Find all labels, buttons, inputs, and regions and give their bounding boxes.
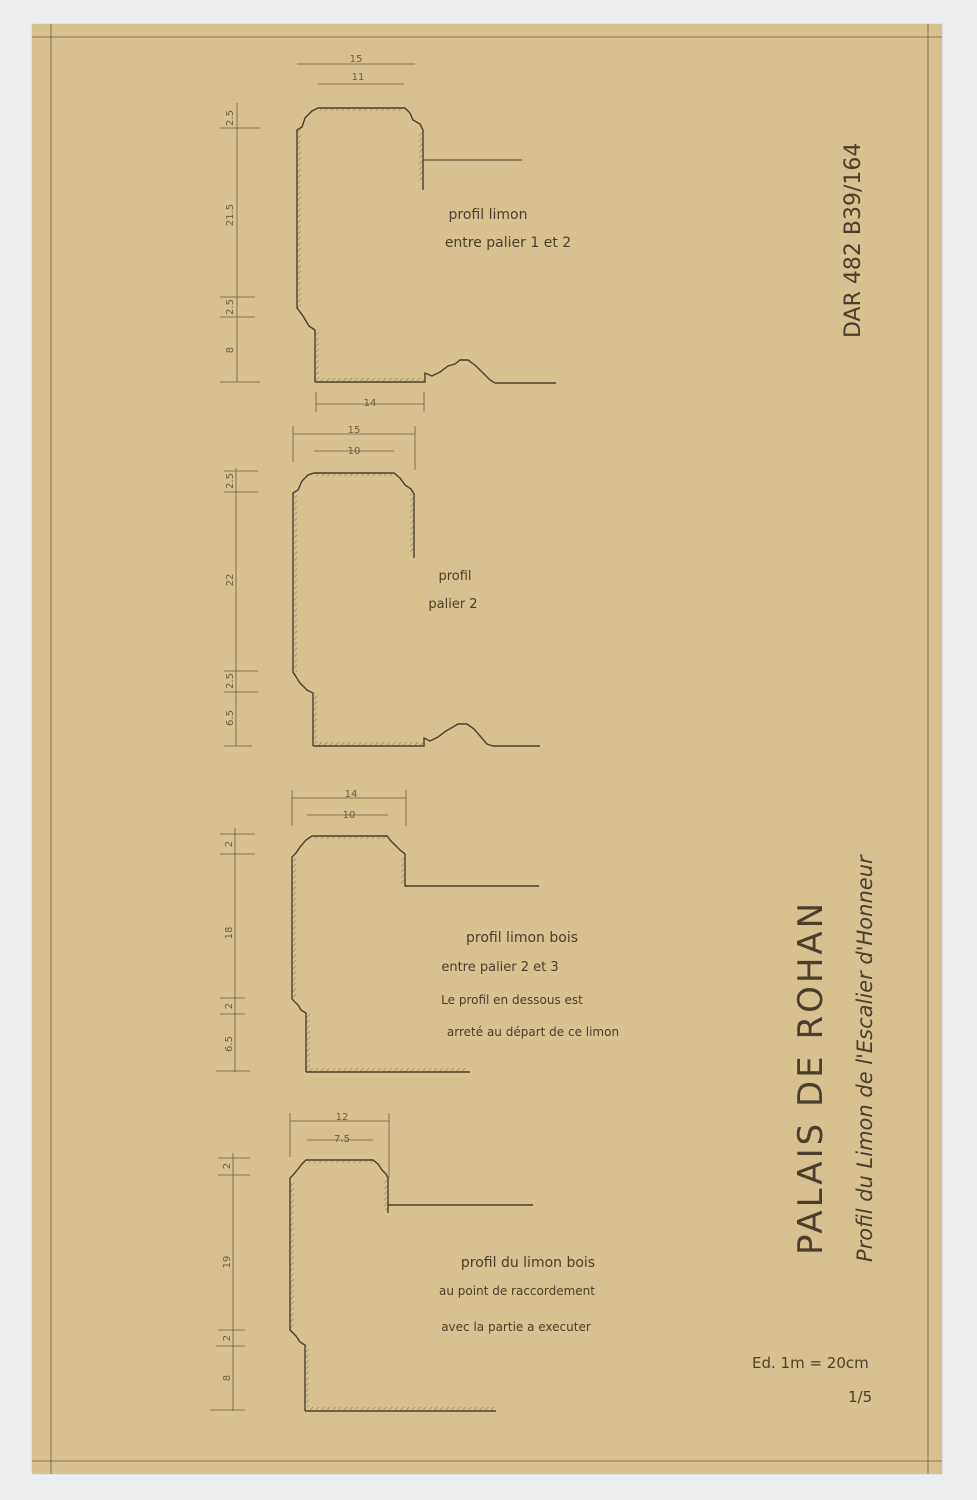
archive-reference: DAR 482 B39/164 [841,143,866,338]
profile-4-label-line-1: profil du limon bois [461,1255,595,1271]
profile-3-limon-bois-palier-2-3: 14 10 2 18 2 6.5 profil limon bois entre… [216,789,619,1072]
dim-height-1: 2.5 [225,473,236,489]
profile-2-palier-2: 15 10 2.5 22 2.5 6.5 profil palier 2 [224,425,540,746]
profile-1-label-line-1: profil limon [449,207,528,223]
dim-height-3: 2.5 [225,673,236,689]
dim-height-2: 21.5 [225,204,236,226]
dim-width-inner: 7.5 [334,1134,350,1145]
dim-width-outer: 15 [348,425,361,436]
dim-height-4: 6.5 [224,1036,235,1052]
profile-3-label-line-4: arreté au départ de ce limon [447,1025,619,1039]
document-title: PALAIS DE ROHAN [791,900,831,1255]
scale-ratio: 1/5 [848,1388,872,1406]
dim-height-4: 8 [222,1375,233,1381]
dim-height-1: 2.5 [225,110,236,126]
dim-height-3: 2.5 [225,299,236,315]
dim-height-2: 19 [222,1256,233,1269]
profile-4-limon-bois-raccordement: 12 7.5 2 19 2 8 profil du limon bois au … [210,1112,595,1411]
profile-3-label-line-1: profil limon bois [466,930,578,946]
dim-width-outer: 15 [350,54,363,65]
technical-drawing: 15 11 14 2.5 21.5 2.5 8 profil limon ent… [0,0,977,1500]
dim-width-inner: 10 [343,810,356,821]
dim-width-inner: 10 [348,446,361,457]
profile-2-label-line-1: profil [438,569,471,584]
dim-width-outer: 12 [336,1112,349,1123]
profile-4-label-line-3: avec la partie a executer [441,1320,591,1334]
profile-1-limon-palier-1-2: 15 11 14 2.5 21.5 2.5 8 profil limon ent… [220,54,571,412]
dim-height-3: 2 [222,1335,233,1341]
profile-4-label-line-2: au point de raccordement [439,1284,595,1298]
dim-width-inner: 11 [352,72,365,83]
profile-3-label-line-2: entre palier 2 et 3 [441,960,558,975]
dim-height-2: 22 [225,574,236,587]
dim-height-4: 8 [225,347,236,353]
profile-1-label-line-2: entre palier 1 et 2 [445,235,571,251]
dim-height-1: 2 [222,1163,233,1169]
document-subtitle: Profil du Limon de l'Escalier d'Honneur [853,854,877,1262]
profile-2-label-line-2: palier 2 [428,597,477,612]
dim-height-2: 18 [224,927,235,940]
profile-3-label-line-3: Le profil en dessous est [441,993,583,1007]
dim-width-outer: 14 [345,789,358,800]
dim-height-4: 6.5 [225,710,236,726]
dim-width-bottom: 14 [364,398,377,409]
dim-height-3: 2 [224,1003,235,1009]
dim-height-1: 2 [224,841,235,847]
scale-note: Ed. 1m = 20cm [752,1354,869,1372]
